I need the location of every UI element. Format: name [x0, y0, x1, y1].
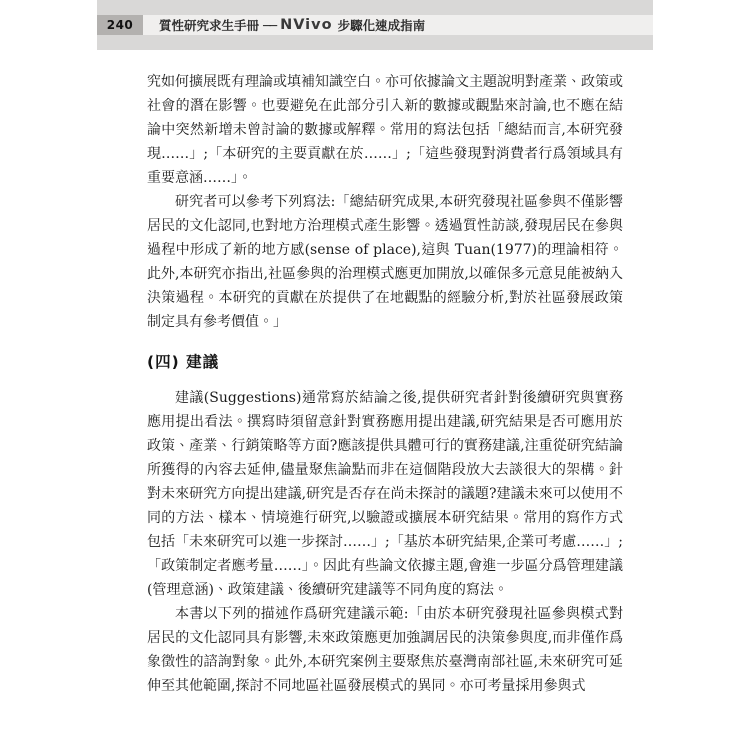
body-paragraph: 建議(Suggestions)通常寫於結論之後,提供研究者針對後續研究與實務應用…: [147, 386, 623, 602]
header-title-row: 240 質性研究求生手冊 ── NVivo 步驟化速成指南: [97, 15, 653, 35]
body-paragraph: 本書以下列的描述作爲研究建議示範:「由於本研究發現社區參與模式對居民的文化認同具…: [147, 602, 623, 698]
book-title-brand: NVivo: [280, 17, 333, 33]
page-header: 240 質性研究求生手冊 ── NVivo 步驟化速成指南: [97, 0, 653, 50]
header-top-strip: [97, 0, 653, 15]
book-title-suffix: 步驟化速成指南: [338, 16, 426, 34]
page-body: 究如何擴展既有理論或填補知識空白。亦可依據論文主題說明對產業、政策或社會的潛在影…: [147, 70, 623, 698]
title-dash: ──: [263, 18, 276, 33]
body-paragraph-continuation: 究如何擴展既有理論或填補知識空白。亦可依據論文主題說明對產業、政策或社會的潛在影…: [147, 70, 623, 190]
body-paragraph: 研究者可以參考下列寫法:「總結研究成果,本研究發現社區參與不僅影響居民的文化認同…: [147, 190, 623, 334]
page-number: 240: [97, 15, 143, 35]
header-bottom-strip: [97, 35, 653, 50]
book-title-zh: 質性研究求生手冊: [159, 16, 259, 34]
section-heading: (四) 建議: [147, 350, 623, 372]
running-title: 質性研究求生手冊 ── NVivo 步驟化速成指南: [143, 15, 653, 35]
